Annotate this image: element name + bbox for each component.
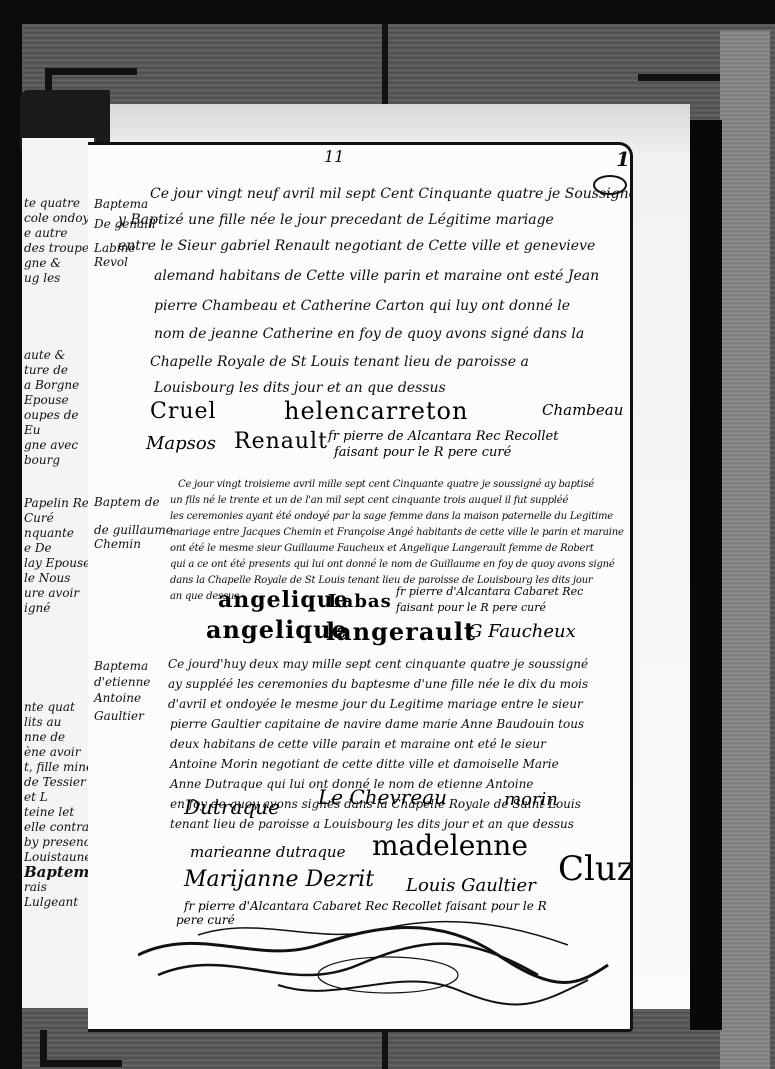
entry-text-line: alemand habitans de Cette ville parin et… (154, 263, 599, 290)
fragment: lay Epouse (22, 556, 94, 571)
fragment: et L (22, 790, 94, 805)
fragment: Lulgeant (22, 895, 94, 910)
fragment: igné (22, 601, 94, 616)
margin-note: Baptem de (94, 495, 160, 509)
fragment: aute & (22, 348, 94, 363)
previous-page-strip: te quatre cole ondoye e autre des troupe… (22, 138, 96, 1008)
entry-text-line: Ce jour vingt neuf avril mil sept Cent C… (150, 181, 633, 208)
fragment: de Tessier (22, 775, 94, 790)
entry-text-line: Chapelle Royale de St Louis tenant lieu … (150, 349, 529, 376)
signature: morin (504, 789, 558, 810)
folio-number-top: 11 (324, 147, 344, 166)
fragment: nte quat (22, 700, 94, 715)
fragment: ug les (22, 271, 94, 286)
fragment: ure avoir (22, 586, 94, 601)
fragment: rais (22, 880, 94, 895)
entry-text-line: un fils né le trente et un de l'an mil s… (170, 494, 568, 508)
fragment: cole ondoye (22, 211, 94, 226)
signature: marieanne dutraque (190, 843, 345, 861)
margin-note: de guillaume (94, 523, 173, 537)
entry-text-line: deux habitans de cette ville parain et m… (170, 735, 546, 754)
entry-text-line: qui a ce ont été presents qui lui ont do… (170, 558, 615, 572)
fragment: by presence (22, 835, 94, 850)
signature: madelenne (372, 829, 528, 862)
right-edge-strip (720, 30, 770, 1069)
entry-text-line: pierre Chambeau et Catherine Carton qui … (154, 293, 570, 320)
margin-note: Antoine (94, 691, 141, 705)
entry-text-line: ont été le mesme sieur Guillaume Faucheu… (170, 542, 594, 556)
folio-number-corner: 11. (616, 147, 633, 171)
fragment: t, fille mine (22, 760, 94, 775)
entry-text-line: les ceremonies ayant été ondoyé par la s… (170, 510, 613, 524)
entry-text-line: d'avril et ondoyée le mesme jour du Legi… (168, 695, 583, 714)
fragment: e autre (22, 226, 94, 241)
margin-note: Gaultier (94, 709, 144, 723)
fragment: Eu (22, 423, 94, 438)
signature: Labas (328, 591, 392, 612)
clergy-signature: fr pierre d'Alcantara Cabaret Rec (396, 585, 583, 598)
corner-bracket-bottom-left (40, 1030, 122, 1067)
fragment: lits au (22, 715, 94, 730)
fragment: des troupes (22, 241, 94, 256)
dark-spine (690, 120, 722, 1030)
clergy-signature: fr pierre de Alcantara Rec Recollet (328, 429, 558, 444)
margin-note: Baptema (94, 659, 148, 673)
clergy-signature: faisant pour le R pere curé (396, 601, 546, 614)
signature: langerault (326, 617, 476, 646)
entry-text-line: nom de jeanne Catherine en foy de quoy a… (154, 321, 584, 348)
entry-text-line: pierre Gaultier capitaine de navire dame… (170, 715, 584, 734)
clergy-signature: faisant pour le R pere curé (334, 445, 511, 460)
signature: Marijanne Dezrit (184, 867, 374, 892)
fragment: oupes de (22, 408, 94, 423)
fragment: bourg (22, 453, 94, 468)
fragment: Baptem (22, 865, 94, 880)
fragment: teine let (22, 805, 94, 820)
signature: Chambeau (542, 401, 623, 419)
fragment: Papelin Rec (22, 496, 94, 511)
margin-note: Chemin (94, 537, 141, 551)
fragment: nquante (22, 526, 94, 541)
signature: Cruel (150, 399, 217, 424)
entry-text-line: ay suppléé les ceremonies du baptesme d'… (168, 675, 588, 694)
signature: Dutraque (184, 795, 280, 819)
signature: Louis Gaultier (406, 875, 536, 896)
register-page: 11 11. Baptema De genaill Labine Revol C… (88, 142, 633, 1032)
fragment: Curé (22, 511, 94, 526)
fragment: a Borgne (22, 378, 94, 393)
entry-text-line: Ce jourd'huy deux may mille sept cent ci… (168, 655, 588, 674)
signature: Renault (234, 429, 328, 454)
fragment: le Nous (22, 571, 94, 586)
entry-text-line: Ce jour vingt troisieme avril mille sept… (178, 478, 594, 492)
entry-text-line: y Baptizé une fille née le jour precedan… (118, 207, 554, 234)
signature: Mapsos (146, 433, 216, 454)
margin-note: d'etienne (94, 675, 150, 689)
entry-text-line: Antoine Morin negotiant de cette ditte v… (170, 755, 559, 774)
fragment: gne avec (22, 438, 94, 453)
fragment: ture de (22, 363, 94, 378)
fragment: ène avoir (22, 745, 94, 760)
fragment: te quatre (22, 196, 94, 211)
fragment: elle contracte (22, 820, 94, 835)
fragment: Epouse (22, 393, 94, 408)
fragment: e De (22, 541, 94, 556)
fragment: gne & (22, 256, 94, 271)
signature: helencarreton (284, 397, 468, 425)
fragment: nne de (22, 730, 94, 745)
entry-text-line: entre le Sieur gabriel Renault negotiant… (118, 233, 595, 260)
closing-flourish-icon (138, 905, 618, 1015)
signature: Le Chevreau (318, 785, 447, 809)
entry-text-line: mariage entre Jacques Chemin et François… (170, 526, 624, 540)
signature: Cluzé (558, 849, 633, 889)
signature: G Faucheux (468, 621, 576, 642)
